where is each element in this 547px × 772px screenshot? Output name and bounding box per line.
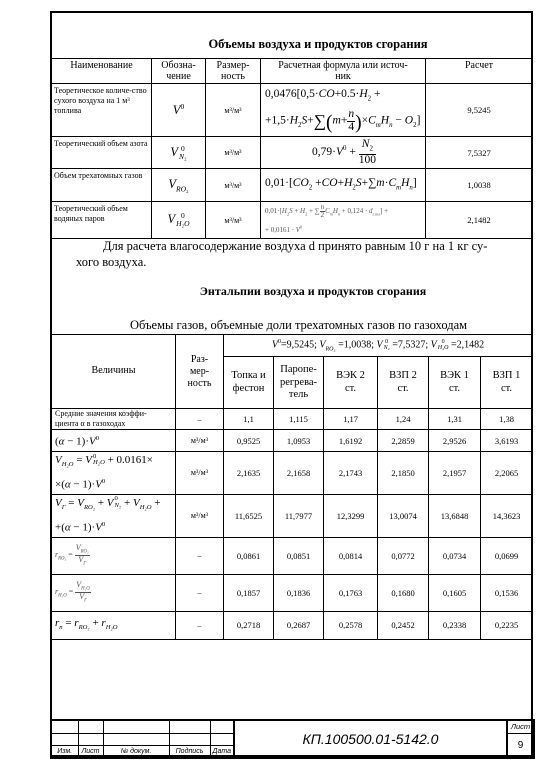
row-value: 7,5327 [426,137,533,169]
title-block: КП.100500.01-5142.0 Лист 9 Изм. Лист № д… [50,719,535,759]
row-value: 1,0038 [426,169,533,202]
row-unit: – [176,574,224,611]
cell-value: 11,6525 [224,494,274,537]
cell-value: 0,2718 [224,611,274,639]
row-formula: 0,01·[H2S + H2 + ∑n2CmHn + 0,124 · dг.тл… [261,202,426,239]
row-unit: м³/м³ [206,84,261,137]
air-volumes-table: Наименование Обозна- чение Размер- ность… [51,58,533,239]
row-symbol: V0N₂ [152,137,206,169]
header-air-heater-1: ВЗП 1 ст. [481,357,533,409]
title-block-cell [169,720,210,733]
table-row: Средние значения коэффи-циента α в газох… [52,409,533,430]
cell-value: 0,2578 [324,611,378,639]
row-unit: м³/м³ [206,169,261,202]
row-name: Теоретическое количе-ство сухого воздуха… [52,84,152,137]
row-unit: м³/м³ [176,430,224,452]
header-air-heater-2: ВЗП 2 ст. [378,357,429,409]
title-block-cell [78,733,103,745]
cell-value: 1,38 [481,409,533,430]
row-unit: м³/м³ [176,451,224,494]
header-unit: Раз- мер- ность [176,335,224,409]
cell-value: 0,1836 [274,574,324,611]
header-name: Наименование [52,59,152,84]
note-line-1: Для расчета влагосодержание воздуха d пр… [103,239,487,254]
header-result: Расчет [426,59,533,84]
table-row: (α − 1)·V0 м³/м³ 0,9525 1,0953 1,6192 2,… [52,430,533,452]
label-document-no: № докум. [103,745,169,758]
cell-value: 2,2859 [378,430,429,452]
table-row: rп = rRO₂ + rH₂O – 0,2718 0,2687 0,2578 … [52,611,533,639]
table-row: VГ = VRO₂ + V0N₂ + VH₂O ++(α − 1)·V0 м³/… [52,494,533,537]
cell-value: 0,0861 [224,537,274,574]
cell-value: 0,0699 [481,537,533,574]
table-row: VH₂O = V0H₂O + 0.0161××(α − 1)·V0 м³/м³ … [52,451,533,494]
row-unit: – [176,611,224,639]
cell-value: 14,3623 [481,494,533,537]
gas-volumes-table: Величины Раз- мер- ность V0=9,5245; VRO₂… [51,334,533,640]
row-quantity: rп = rRO₂ + rH₂O [52,611,176,639]
title-block-cell [169,733,210,745]
table-row: Теоретический объем азота V0N₂ м³/м³ 0,7… [52,137,533,169]
title-block-cell [210,720,234,733]
header-economizer-1: ВЭК 1 ст. [429,357,481,409]
cell-value: 0,9525 [224,430,274,452]
table-row: rRO₂ = VRO₂VГ – 0,0861 0,0851 0,0814 0,0… [52,537,533,574]
row-value: 9,5245 [426,84,533,137]
row-formula: 0,79·V0 + N2100 [261,137,426,169]
cell-value: 0,2687 [274,611,324,639]
row-symbol: V0H₂O [152,202,206,239]
cell-value: 2,1957 [429,451,481,494]
cell-value: 2,1635 [224,451,274,494]
header-symbol: Обозна- чение [152,59,206,84]
label-signature: Подпись [169,745,210,758]
sheet-label: Лист [507,720,534,733]
row-quantity: VH₂O = V0H₂O + 0.0161××(α − 1)·V0 [52,451,176,494]
cell-value: 1,31 [429,409,481,430]
table-header-row: Величины Раз- мер- ность V0=9,5245; VRO₂… [52,335,533,357]
row-quantity: rRO₂ = VRO₂VГ [52,537,176,574]
row-formula: 0,0476[0,5·CO+0.5·H2 ++1,5·H2S+∑(m+n4)×C… [261,84,426,137]
title-block-cell [51,733,78,745]
cell-value: 2,1658 [274,451,324,494]
row-value: 2,1482 [426,202,533,239]
title-block-cell [103,733,169,745]
cell-value: 13,0074 [378,494,429,537]
section1-title: Объемы воздуха и продуктов сгорания [180,37,456,52]
cell-value: 1,6192 [324,430,378,452]
label-date: Дата [210,745,234,758]
row-symbol: V0 [152,84,206,137]
row-quantity: (α − 1)·V0 [52,430,176,452]
cell-value: 0,1536 [481,574,533,611]
table2-caption: Объемы газов, объемные доли трехатомных … [130,318,467,333]
row-unit: – [176,537,224,574]
cell-value: 2,2065 [481,451,533,494]
row-quantity: Средние значения коэффи-циента α в газох… [52,409,176,430]
header-economizer-2: ВЭК 2 ст. [324,357,378,409]
cell-value: 0,0734 [429,537,481,574]
cell-value: 0,0851 [274,537,324,574]
row-quantity: VГ = VRO₂ + V0N₂ + VH₂O ++(α − 1)·V0 [52,494,176,537]
title-block-cell [210,733,234,745]
cell-value: 0,2235 [481,611,533,639]
cell-value: 11,7977 [274,494,324,537]
section2-title: Энтальпии воздуха и продуктов сгорания [150,284,476,299]
row-name: Теоретический объем водяных паров [52,202,152,239]
cell-value: 2,1850 [378,451,429,494]
cell-value: 2,1743 [324,451,378,494]
cell-value: 0,2338 [429,611,481,639]
label-sheet: Лист [78,745,103,758]
header-quantity: Величины [52,335,176,409]
table-row: Объем трехатомных газов VRO₂ м³/м³ 0,01·… [52,169,533,202]
cell-value: 0,1680 [378,574,429,611]
title-block-cell [103,720,169,733]
cell-value: 0,1605 [429,574,481,611]
row-name: Объем трехатомных газов [52,169,152,202]
cell-value: 12,3299 [324,494,378,537]
row-unit: – [176,409,224,430]
table-row: rH₂O = VH₂OVГ – 0,1857 0,1836 0,1763 0,1… [52,574,533,611]
cell-value: 0,1763 [324,574,378,611]
header-formula: Расчетная формула или источ- ник [261,59,426,84]
row-unit: м³/м³ [206,137,261,169]
header-superheater: Паропе- регрева- тель [274,357,324,409]
cell-value: 1,115 [274,409,324,430]
header-unit: Размер- ность [206,59,261,84]
row-unit: м³/м³ [176,494,224,537]
row-quantity: rH₂O = VH₂OVГ [52,574,176,611]
cell-value: 0,0772 [378,537,429,574]
given-values: V0=9,5245; VRO₂ =1,0038; V0N₂ =7,5327; V… [224,335,533,357]
cell-value: 0,0814 [324,537,378,574]
table-row: Теоретическое количе-ство сухого воздуха… [52,84,533,137]
row-formula: 0,01·[CO2 +CO+H2S+∑m·CmHn] [261,169,426,202]
cell-value: 3,6193 [481,430,533,452]
header-furnace: Топка и фестон [224,357,274,409]
cell-value: 1,17 [324,409,378,430]
cell-value: 1,0953 [274,430,324,452]
note-line-2: хого воздуха. [76,255,146,270]
document-code: КП.100500.01-5142.0 [234,720,507,758]
cell-value: 2,9526 [429,430,481,452]
sheet-number: 9 [507,733,534,758]
cell-value: 0,2452 [378,611,429,639]
cell-value: 13,6848 [429,494,481,537]
row-name: Теоретический объем азота [52,137,152,169]
cell-value: 1,24 [378,409,429,430]
table-header-row: Наименование Обозна- чение Размер- ность… [52,59,533,84]
label-revision: Изм. [51,745,78,758]
title-block-cell [51,720,78,733]
cell-value: 1,1 [224,409,274,430]
table-row: Теоретический объем водяных паров V0H₂O … [52,202,533,239]
row-symbol: VRO₂ [152,169,206,202]
title-block-cell [78,720,103,733]
cell-value: 0,1857 [224,574,274,611]
row-unit: м³/м³ [206,202,261,239]
